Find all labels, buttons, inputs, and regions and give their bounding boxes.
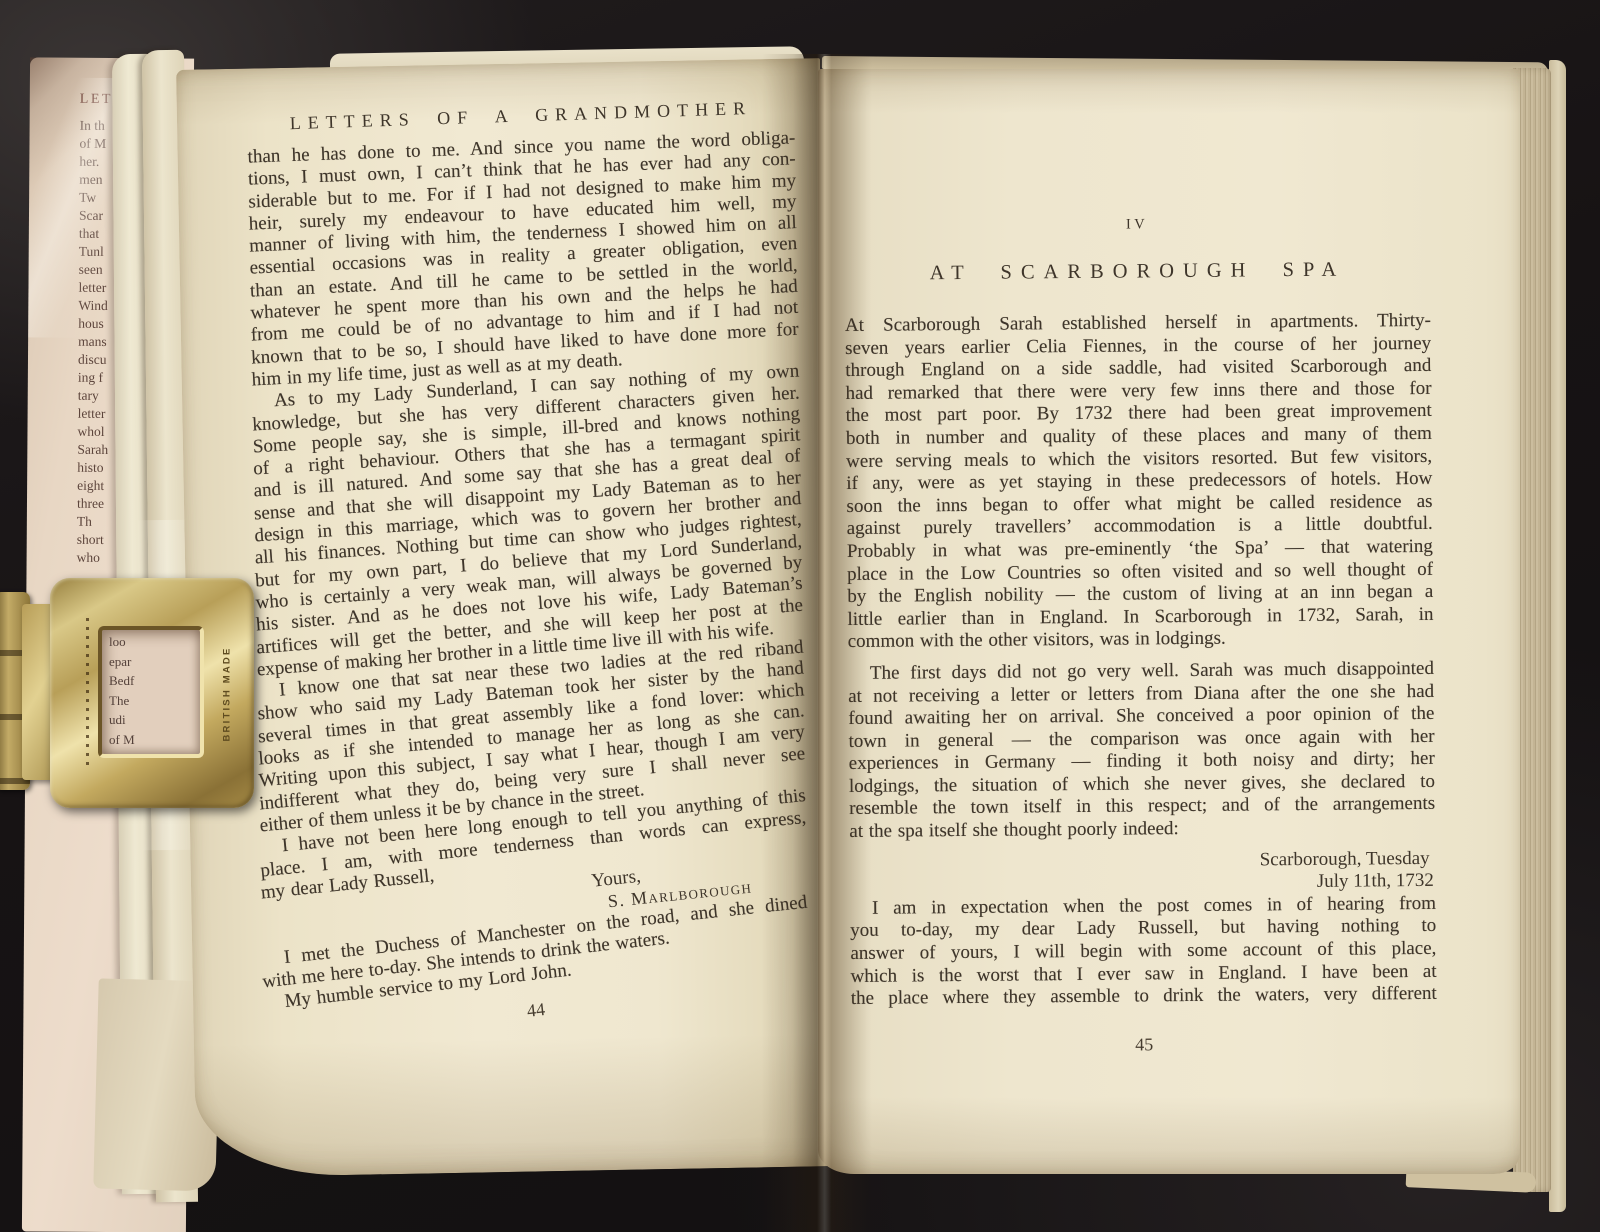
text-line: at the spa itself she thought poorly ind… bbox=[849, 816, 1435, 844]
clasp-stamp-text: BRITISH MADE bbox=[222, 646, 233, 741]
chapter-number: IV bbox=[844, 214, 1430, 236]
text-line-fragment: The bbox=[109, 691, 200, 711]
paragraph: I am in expectation when the post comes … bbox=[850, 893, 1437, 1011]
brass-clasp: BRITISH MADE looeparBedfTheudiof Mhos bbox=[0, 556, 276, 818]
left-page-text: LETTERS OF A GRANDMOTHER than he has don… bbox=[247, 105, 812, 1051]
text-line-fragment: hos bbox=[109, 749, 200, 758]
page-number-right: 45 bbox=[851, 1032, 1437, 1058]
letter-body: I am in expectation when the post comes … bbox=[850, 893, 1437, 1011]
text-line: the place where they assemble to drink t… bbox=[851, 983, 1437, 1011]
right-page-text: IV AT SCARBOROUGH SPA At Scarborough Sar… bbox=[844, 214, 1437, 1058]
clasp-window-text: looeparBedfTheudiof Mhos bbox=[102, 630, 200, 758]
text-line: common with the other visitors, was in l… bbox=[848, 626, 1434, 654]
cover-board-right-edge bbox=[1549, 60, 1566, 1212]
text-line-fragment: of M bbox=[109, 730, 200, 750]
book-photograph: LET In thof Mher.menTwScarthatTunlseenle… bbox=[0, 0, 1600, 1232]
paragraph: At Scarborough Sarah established herself… bbox=[845, 310, 1434, 654]
right-page-block: IV AT SCARBOROUGH SPA At Scarborough Sar… bbox=[818, 56, 1566, 1232]
clasp-engraved-dots bbox=[86, 618, 89, 770]
text-line-fragment: loo bbox=[109, 632, 200, 652]
chapter-title: AT SCARBOROUGH SPA bbox=[844, 258, 1430, 286]
right-page: IV AT SCARBOROUGH SPA At Scarborough Sar… bbox=[818, 69, 1520, 1174]
right-page-paragraphs: At Scarborough Sarah established herself… bbox=[845, 310, 1436, 844]
text-line-fragment: Bedf bbox=[109, 671, 200, 691]
paragraph: The first days did not go very well. Sar… bbox=[848, 658, 1436, 844]
left-page-paragraphs: than he has done to me. And since you na… bbox=[247, 137, 809, 905]
paragraph: As to my Lady Sunderland, I can say noth… bbox=[252, 382, 805, 682]
text-line-fragment: epar bbox=[109, 652, 200, 672]
paragraph: than he has done to me. And since you na… bbox=[247, 137, 799, 392]
text-line-fragment: udi bbox=[109, 710, 200, 730]
clasp-window: looeparBedfTheudiof Mhos bbox=[98, 626, 204, 758]
